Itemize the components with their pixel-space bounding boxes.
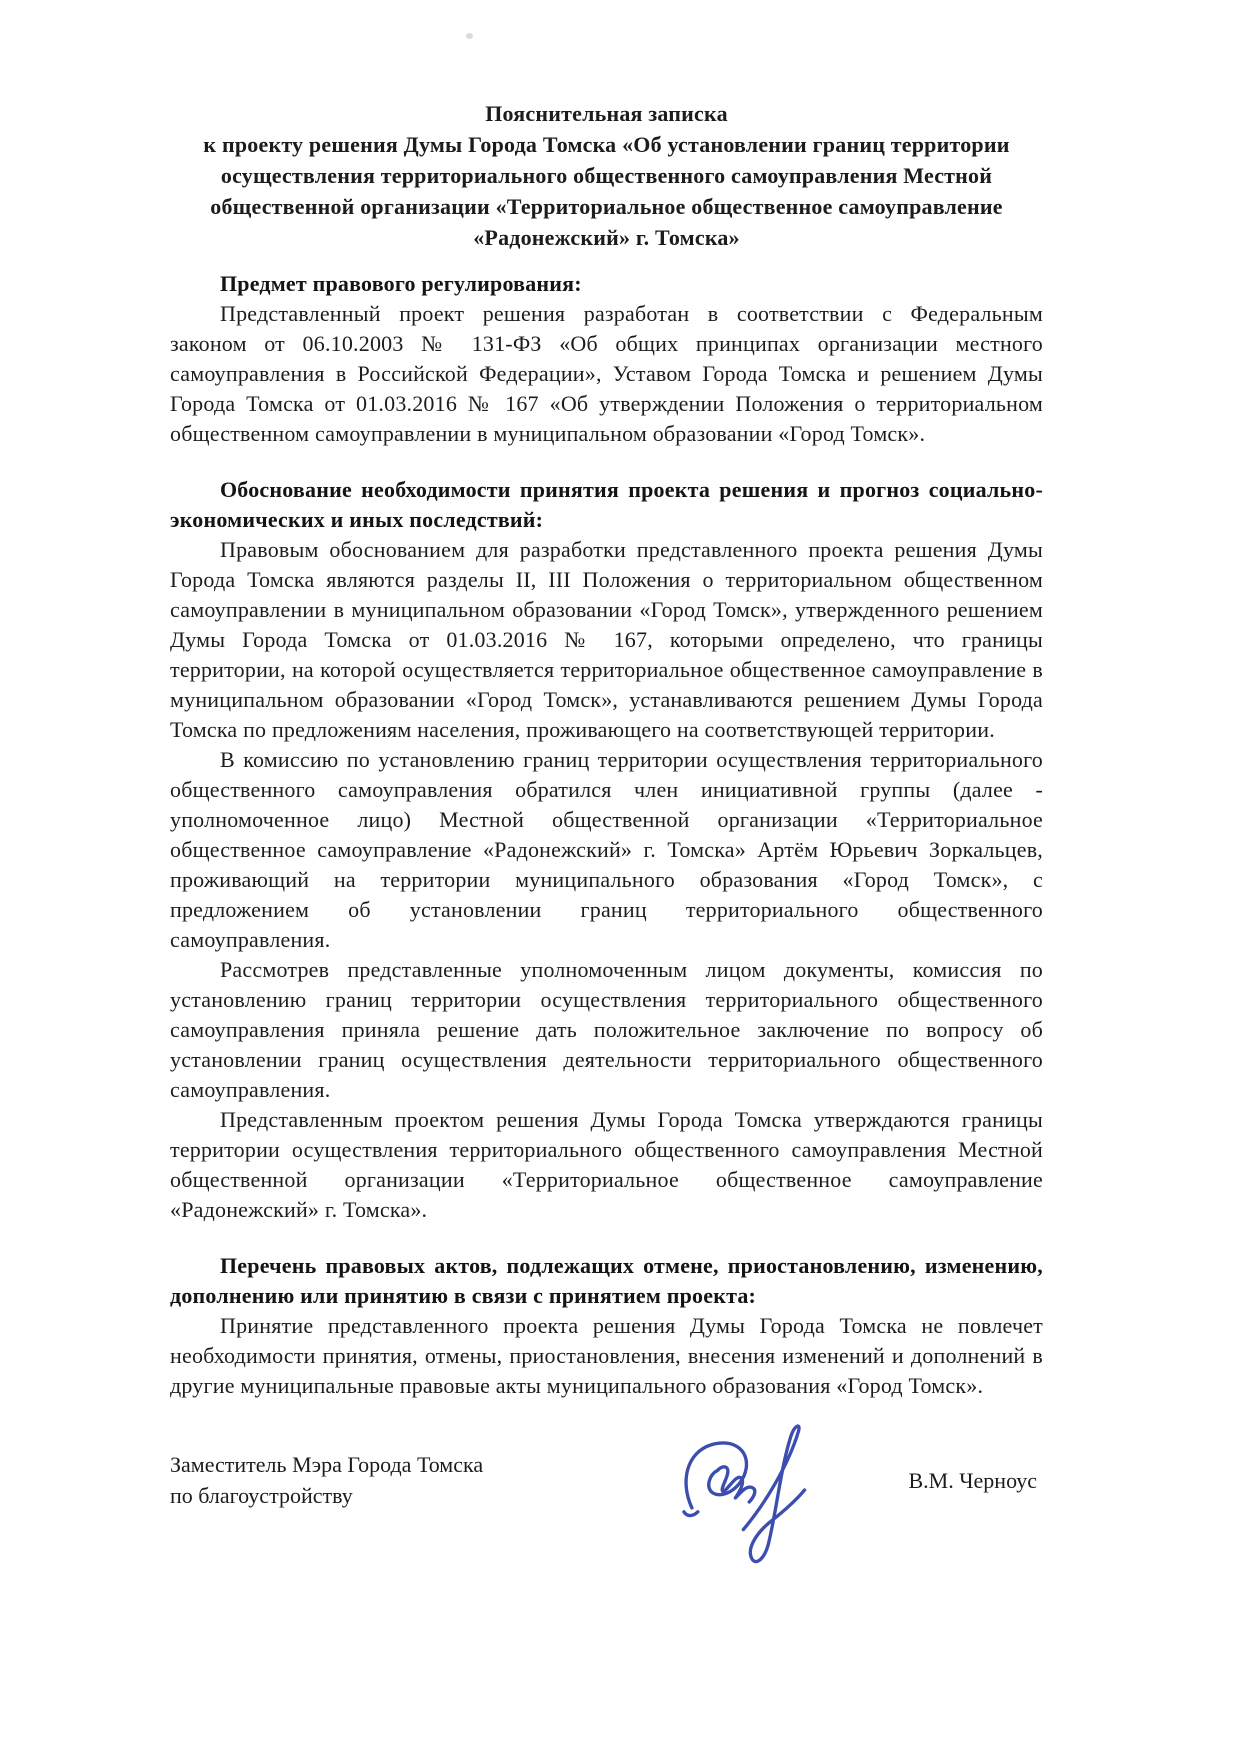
text-line: самоуправлении в муниципальном образован… [170, 595, 1043, 625]
scan-artifact-dot [466, 33, 473, 39]
text-line: «Радонежский» г. Томска» [170, 222, 1043, 253]
text-line: законом от 06.10.2003 № 131-ФЗ «Об общих… [170, 329, 1043, 359]
text-line: проживающий на территории муниципального… [170, 865, 1043, 895]
signatory-title: Заместитель Мэра Города Томска по благоу… [170, 1449, 610, 1511]
text-line: экономических и иных последствий: [170, 505, 1043, 535]
text-line: другие муниципальные правовые акты муниц… [170, 1371, 1043, 1401]
text-line: Города Томска от 01.03.2016 № 167 «Об ут… [170, 389, 1043, 419]
text-line: уполномоченное лицо) Местной общественно… [170, 805, 1043, 835]
text-line: дополнению или принятию в связи с принят… [170, 1281, 1043, 1311]
signature-image [672, 1413, 872, 1586]
text-line: осуществления территориального обществен… [170, 160, 1043, 191]
signatory-name: В.М. Черноус [909, 1449, 1044, 1496]
document-content: Пояснительная запискак проекту решения Д… [170, 98, 1043, 1586]
text-line: самоуправления. [170, 1075, 1043, 1105]
text-line: Перечень правовых актов, подлежащих отме… [170, 1251, 1043, 1281]
text-line: установлению границ территории осуществл… [170, 985, 1043, 1015]
text-line: общественного самоуправления обратился ч… [170, 775, 1043, 805]
text-line: к проекту решения Думы Города Томска «Об… [170, 129, 1043, 160]
text-line: территории, на которой осуществляется те… [170, 655, 1043, 685]
text-line: общественной организации «Территориально… [170, 1165, 1043, 1195]
paragraph: Представленный проект решения разработан… [170, 299, 1043, 449]
text-line: В комиссию по установлению границ террит… [170, 745, 1043, 775]
paragraph: Представленным проектом решения Думы Гор… [170, 1105, 1043, 1225]
section-heading: Обоснование необходимости принятия проек… [170, 475, 1043, 535]
text-line: муниципальном образовании «Город Томск»,… [170, 685, 1043, 715]
text-line: Представленный проект решения разработан… [170, 299, 1043, 329]
text-line: Пояснительная записка [170, 98, 1043, 129]
text-line: Думы Города Томска от 01.03.2016 № 167, … [170, 625, 1043, 655]
text-line: общественной организации «Территориально… [170, 191, 1043, 222]
text-line: территории осуществления территориальног… [170, 1135, 1043, 1165]
text-line: «Радонежский» г. Томска». [170, 1195, 1043, 1225]
text-line: самоуправления. [170, 925, 1043, 955]
text-line: самоуправления приняла решение дать поло… [170, 1015, 1043, 1045]
text-line: общественное самоуправление «Радонежский… [170, 835, 1043, 865]
document-body: Пояснительная запискак проекту решения Д… [170, 98, 1043, 1401]
paragraph: В комиссию по установлению границ террит… [170, 745, 1043, 955]
section-heading: Предмет правового регулирования: [170, 269, 1043, 299]
signature-block: Заместитель Мэра Города Томска по благоу… [170, 1449, 1043, 1586]
text-line: общественном самоуправлении в муниципаль… [170, 419, 1043, 449]
text-line: Правовым обоснованием для разработки пре… [170, 535, 1043, 565]
text-line: установлении границ осуществления деятел… [170, 1045, 1043, 1075]
text-line: Принятие представленного проекта решения… [170, 1311, 1043, 1341]
text-line: Города Томска являются разделы II, III П… [170, 565, 1043, 595]
paragraph: Рассмотрев представленные уполномоченным… [170, 955, 1043, 1105]
text-line: Томска по предложениям населения, прожив… [170, 715, 1043, 745]
text-line: необходимости принятия, отмены, приостан… [170, 1341, 1043, 1371]
text-line: Обоснование необходимости принятия проек… [170, 475, 1043, 505]
text-line: Предмет правового регулирования: [170, 269, 1043, 299]
paragraph: Принятие представленного проекта решения… [170, 1311, 1043, 1401]
document-page: Пояснительная запискак проекту решения Д… [0, 0, 1240, 1753]
text-line: Представленным проектом решения Думы Гор… [170, 1105, 1043, 1135]
text-line: Рассмотрев представленные уполномоченным… [170, 955, 1043, 985]
paragraph: Правовым обоснованием для разработки пре… [170, 535, 1043, 745]
section-heading: Перечень правовых актов, подлежащих отме… [170, 1251, 1043, 1311]
document-title: Пояснительная запискак проекту решения Д… [170, 98, 1043, 253]
text-line: самоуправления в Российской Федерации», … [170, 359, 1043, 389]
text-line: предложением об установлении границ терр… [170, 895, 1043, 925]
